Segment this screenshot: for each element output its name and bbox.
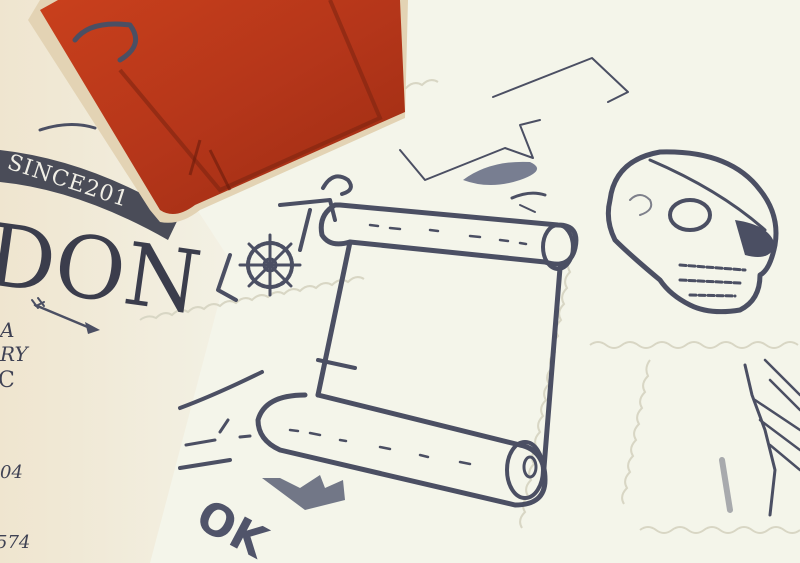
small-letter-a: A bbox=[0, 318, 14, 342]
photo-scene: SINCE201 DON A RY C 04 574 OK bbox=[0, 0, 800, 563]
number-574: 574 bbox=[0, 532, 30, 553]
number-04: 04 bbox=[0, 462, 23, 483]
small-letters-ry: RY bbox=[0, 342, 28, 366]
small-letter-c: C bbox=[0, 368, 15, 393]
